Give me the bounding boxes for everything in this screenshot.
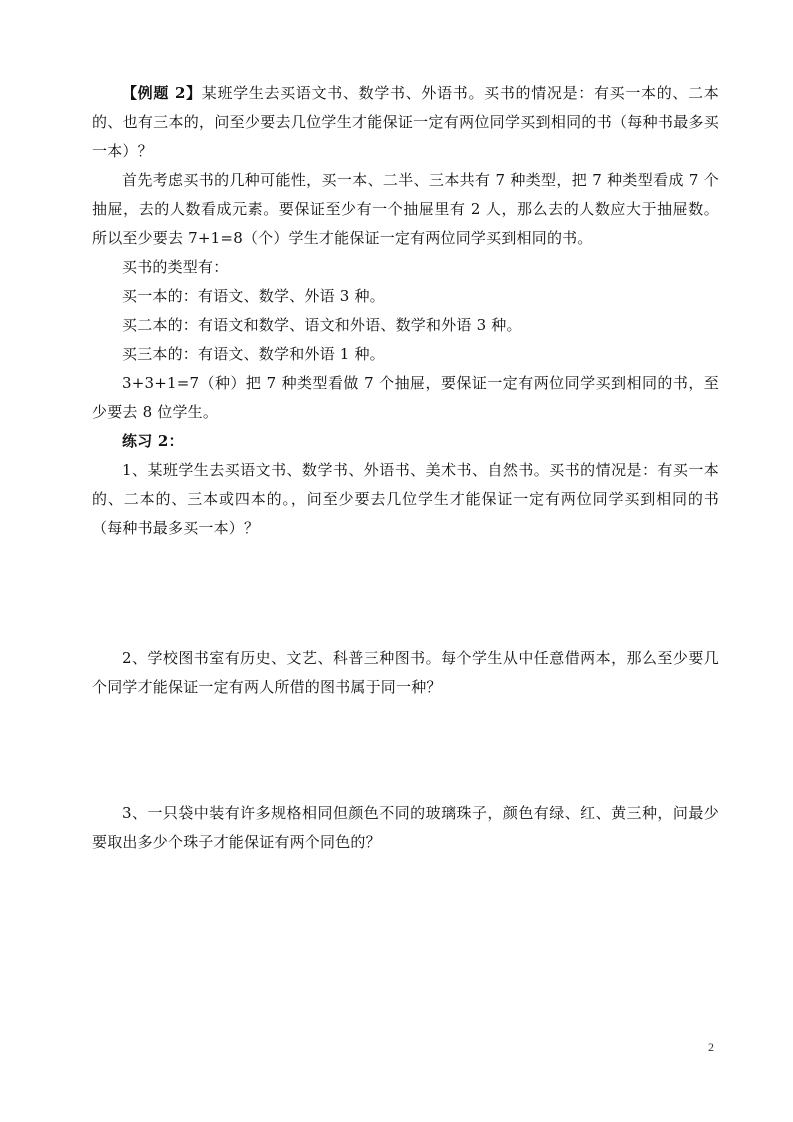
- type-two-books: 买二本的：有语文和数学、语文和外语、数学和外语 3 种。: [92, 311, 719, 340]
- practice-item-2: 2、学校图书室有历史、文艺、科普三种图书。每个学生从中任意借两本，那么至少要几个…: [92, 644, 719, 702]
- solution-paragraph: 首先考虑买书的几种可能性，买一本、二半、三本共有 7 种类型，把 7 种类型看成…: [92, 166, 719, 253]
- types-heading: 买书的类型有：: [92, 253, 719, 282]
- type-one-book: 买一本的：有语文、数学、外语 3 种。: [92, 282, 719, 311]
- answer-space-2: [92, 702, 719, 799]
- type-three-books: 买三本的：有语文、数学和外语 1 种。: [92, 340, 719, 369]
- practice-item-1: 1、某班学生去买语文书、数学书、外语书、美术书、自然书。买书的情况是：有买一本的…: [92, 456, 719, 543]
- example-label: 【例题 2】: [122, 84, 202, 102]
- practice-item-3: 3、一只袋中装有许多规格相同但颜色不同的玻璃珠子，颜色有绿、红、黄三种，问最少要…: [92, 799, 719, 857]
- practice-heading: 练习 2：: [92, 427, 719, 456]
- answer-space-1: [92, 543, 719, 644]
- document-page: 【例题 2】某班学生去买语文书、数学书、外语书。买书的情况是：有买一本的、二本的…: [92, 79, 719, 857]
- page-number: 2: [708, 1040, 714, 1055]
- example-question: 【例题 2】某班学生去买语文书、数学书、外语书。买书的情况是：有买一本的、二本的…: [92, 79, 719, 166]
- conclusion-paragraph: 3+3+1=7（种）把 7 种类型看做 7 个抽屉，要保证一定有两位同学买到相同…: [92, 369, 719, 427]
